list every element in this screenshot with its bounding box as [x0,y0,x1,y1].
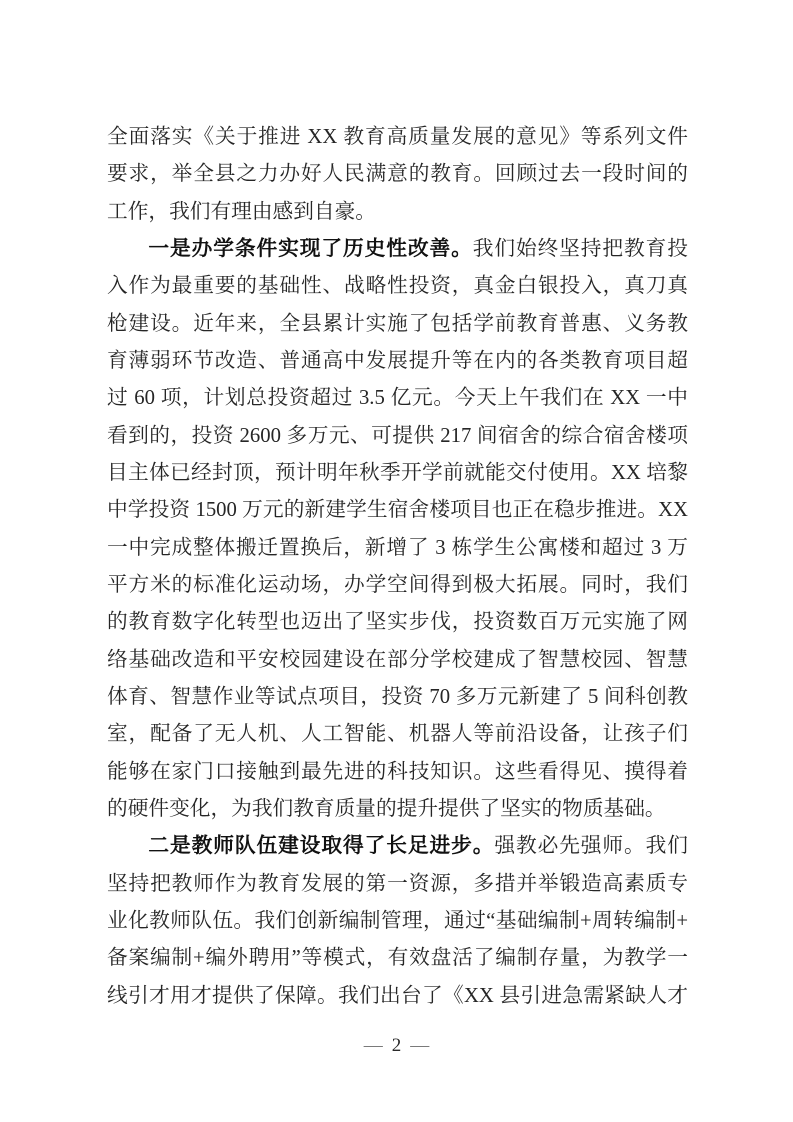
text-line: 中学投资 1500 万元的新建学生宿舍楼项目也正在稳步推进。XX [107,492,688,529]
text-line: 要求，举全县之力办好人民满意的教育。回顾过去一段时间的 [107,156,688,193]
text-line: 枪建设。近年来，全县累计实施了包括学前教育普惠、义务教 [107,306,688,343]
text-line: 一中完成整体搬迁置换后，新增了 3 栋学生公寓楼和超过 3 万 [107,530,688,567]
text-line: 的硬件变化，为我们教育质量的提升提供了坚实的物质基础。 [107,791,688,828]
footer-dash-left: — [364,1035,383,1056]
text-line: 全面落实《关于推进 XX 教育高质量发展的意见》等系列文件 [107,119,688,156]
text-line: 二是教师队伍建设取得了长足进步。强教必先强师。我们 [107,828,688,865]
text-line: 目主体已经封顶，预计明年秋季开学前就能交付使用。XX 培黎 [107,455,688,492]
text-line: 一是办学条件实现了历史性改善。我们始终坚持把教育投 [107,231,688,268]
text-line: 室，配备了无人机、人工智能、机器人等前沿设备，让孩子们 [107,716,688,753]
paragraph-lead-bold: 一是办学条件实现了历史性改善。 [148,238,472,260]
text-line: 过 60 项，计划总投资超过 3.5 亿元。今天上午我们在 XX 一中 [107,380,688,417]
text-line: 线引才用才提供了保障。我们出台了《XX 县引进急需紧缺人才 [107,978,688,1015]
text-line: 备案编制+编外聘用”等模式，有效盘活了编制存量，为教学一 [107,940,688,977]
text-line: 络基础改造和平安校园建设在部分学校建成了智慧校园、智慧 [107,642,688,679]
footer-dash-right: — [410,1035,429,1056]
text-line: 工作，我们有理由感到自豪。 [107,194,688,231]
text-line: 能够在家门口接触到最先进的科技知识。这些看得见、摸得着 [107,754,688,791]
text-line: 育薄弱环节改造、普通高中发展提升等在内的各类教育项目超 [107,343,688,380]
text-content: 全面落实《关于推进 XX 教育高质量发展的意见》等系列文件 要求，举全县之力办好… [107,119,688,1015]
line-text: 我们始终坚持把教育投 [473,238,688,260]
text-line: 入作为最重要的基础性、战略性投资，真金白银投入，真刀真 [107,268,688,305]
document-page: 全面落实《关于推进 XX 教育高质量发展的意见》等系列文件 要求，举全县之力办好… [0,0,793,1122]
text-line: 的教育数字化转型也迈出了坚实步伐，投资数百万元实施了网 [107,604,688,641]
page-footer: —2— [0,1035,793,1057]
paragraph-lead-bold: 二是教师队伍建设取得了长足进步。 [148,835,494,857]
line-text: 强教必先强师。我们 [494,835,688,857]
text-line: 体育、智慧作业等试点项目，投资 70 多万元新建了 5 间科创教 [107,679,688,716]
text-line: 坚持把教师作为教育发展的第一资源，多措并举锻造高素质专 [107,866,688,903]
text-line: 业化教师队伍。我们创新编制管理，通过“基础编制+周转编制+ [107,903,688,940]
page-number: 2 [392,1035,402,1057]
text-line: 平方米的标准化运动场，办学空间得到极大拓展。同时，我们 [107,567,688,604]
text-line: 看到的，投资 2600 多万元、可提供 217 间宿舍的综合宿舍楼项 [107,418,688,455]
